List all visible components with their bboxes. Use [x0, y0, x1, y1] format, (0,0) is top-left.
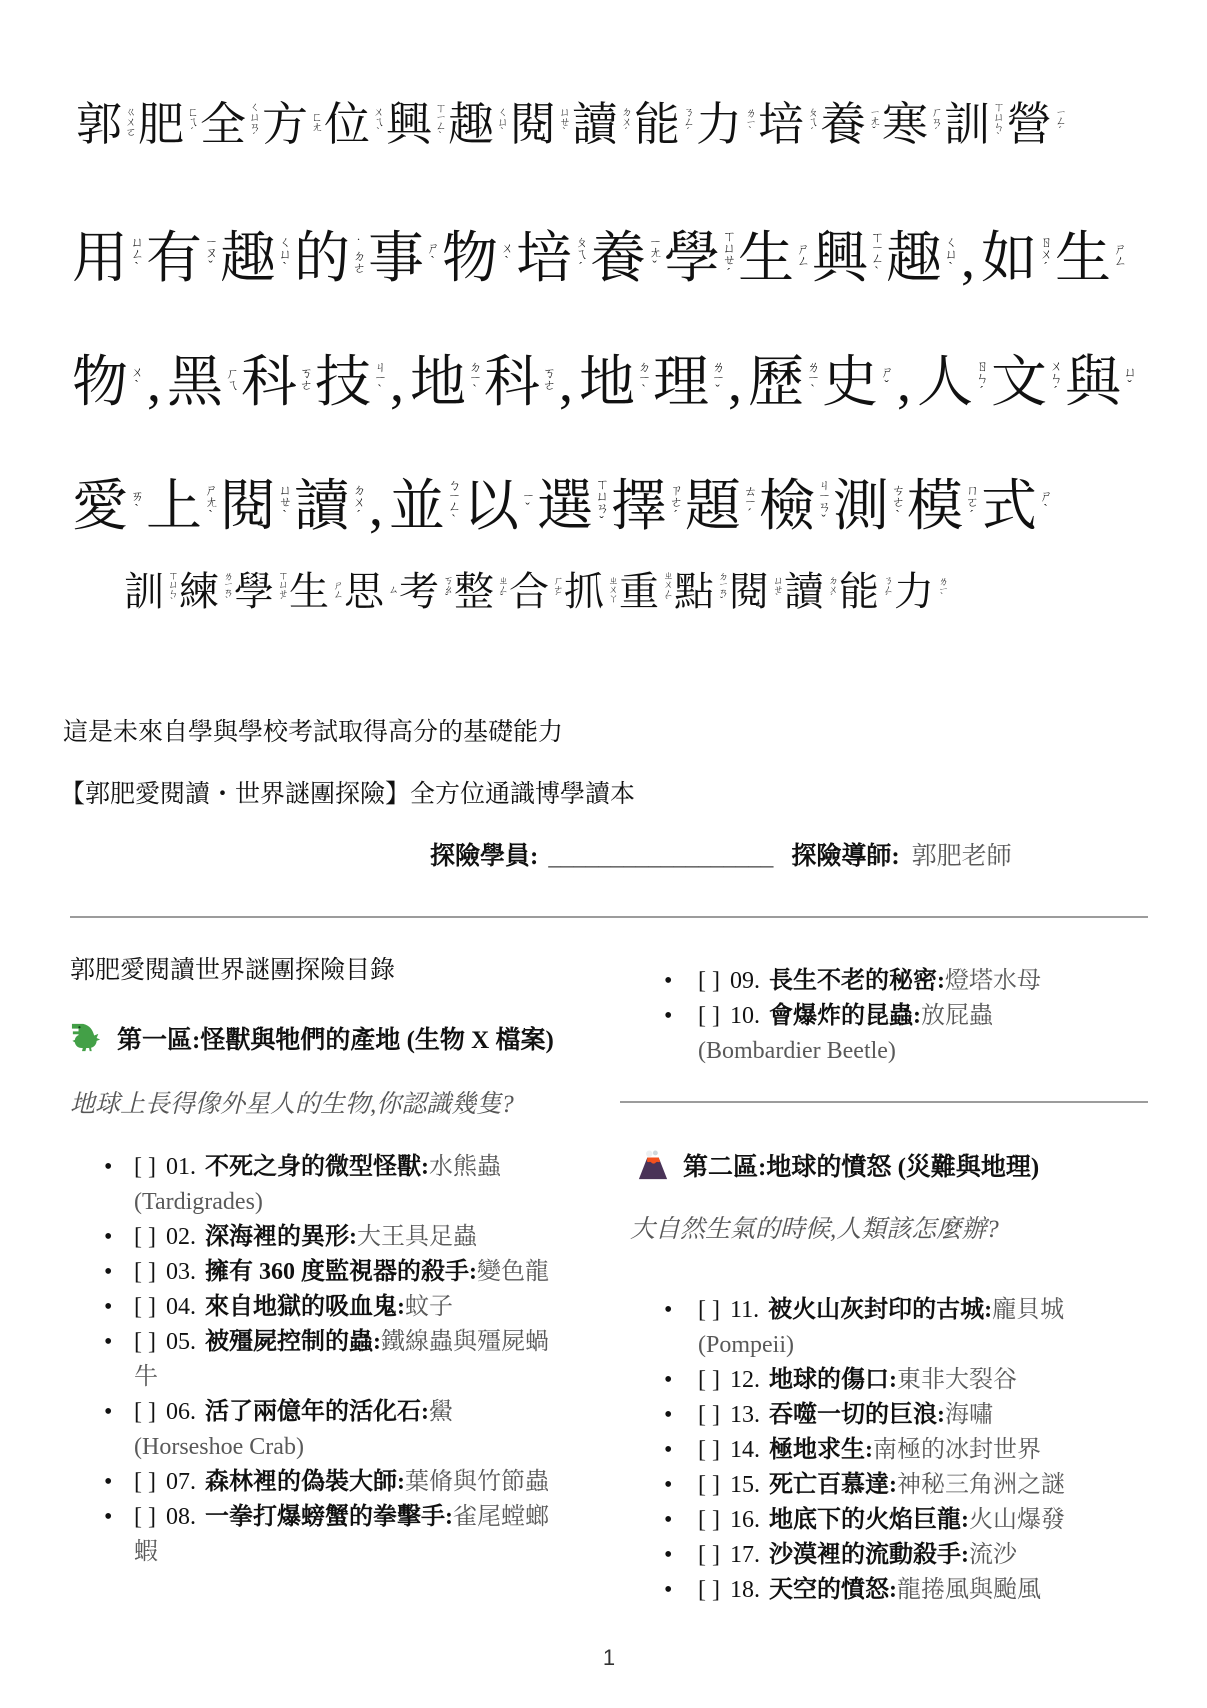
page-number: 1: [70, 1645, 1148, 1671]
zhuyin-annotation: ㄕˋ: [1039, 489, 1052, 515]
zhuyin-annotation: ㄒㄩㄣˋ: [992, 101, 1003, 142]
toc-item: [ ]09.長生不老的秘密:燈塔水母: [620, 964, 1148, 999]
item-number: 02.: [166, 1224, 196, 1250]
zhuyin-annotation: ㄏㄢˊ: [930, 106, 941, 137]
item-answer-english: (Pompeii): [698, 1328, 1148, 1363]
punctuation: ,: [559, 351, 573, 415]
ruby-char: 科ㄎㄜ: [484, 338, 555, 418]
item-number: 16.: [730, 1507, 760, 1533]
ruby-char: 生ㄕㄥ: [1055, 214, 1126, 294]
ruby-char: 生ㄕㄥ: [738, 214, 809, 294]
ruby-char: 考ㄎㄠˇ: [399, 560, 451, 617]
toc-item: [ ]03.擁有 360 度監視器的殺手:變色龍: [70, 1255, 572, 1290]
item-answer: 大王具足蟲: [357, 1224, 477, 1250]
checkbox-placeholder: [ ]: [698, 1297, 720, 1323]
ruby-char: 測ㄘㄜˋ: [833, 462, 904, 542]
zhuyin-annotation: ㄒㄩㄝˊ: [276, 570, 286, 607]
zhuyin-annotation: ㄌㄧˋ: [936, 576, 946, 602]
ruby-char: 式ㄕˋ: [981, 462, 1052, 542]
section2-divider: [620, 1101, 1148, 1103]
item-number: 14.: [730, 1437, 760, 1463]
ruby-char: 的˙ㄉㄜ: [294, 214, 365, 294]
ruby-char: 培ㄆㄟˊ: [758, 88, 817, 154]
ruby-char: 擇ㄗㄜˊ: [611, 462, 682, 542]
punctuation: ,: [147, 351, 161, 415]
zhuyin-annotation: ㄎㄠˇ: [441, 575, 451, 603]
checkbox-placeholder: [ ]: [698, 1507, 720, 1533]
checkbox-placeholder: [ ]: [698, 1367, 720, 1393]
zhuyin-annotation: ㄆㄟˊ: [806, 106, 817, 137]
item-answer: 流沙: [969, 1542, 1017, 1568]
item-title: 深海裡的異形:: [205, 1224, 357, 1250]
zhuyin-annotation: ㄊㄧˊ: [743, 484, 756, 519]
ruby-char: 合ㄏㄜˊ: [509, 560, 561, 617]
zhuyin-annotation: ㄧˇ: [521, 490, 534, 513]
basic-ability-line: 這是未來自學與學校考試取得高分的基礎能力: [63, 712, 563, 748]
item-number: 12.: [730, 1367, 760, 1393]
zhuyin-annotation: ㄕˋ: [426, 241, 439, 267]
item-number: 10.: [730, 1003, 760, 1029]
item-title: 活了兩億年的活化石:: [205, 1399, 429, 1425]
intro-line-3: 愛ㄞˋ上ㄕㄤˋ閱ㄩㄝˋ讀ㄉㄨˊ,並ㄅㄧㄥˋ以ㄧˇ選ㄒㄩㄢˇ擇ㄗㄜˊ題ㄊㄧˊ檢ㄐㄧ…: [72, 462, 1139, 542]
toc-list-items-09-10: [ ]09.長生不老的秘密:燈塔水母[ ]10.會爆炸的昆蟲:放屁蟲(Bomba…: [620, 964, 1148, 1069]
toc-item: [ ]12.地球的傷口:東非大裂谷: [620, 1363, 1148, 1398]
ruby-char: 方ㄈㄤ: [262, 88, 321, 154]
section2-heading: 第二區:地球的憤怒 (災難與地理): [620, 1147, 1148, 1183]
student-label: 探險學員:: [430, 836, 538, 872]
zhuyin-annotation: ㄧㄤˇ: [868, 107, 879, 136]
section-divider: [70, 916, 1148, 918]
item-answer: 燈塔水母: [945, 968, 1041, 994]
ruby-char: 趣ㄑㄩˋ: [448, 88, 507, 154]
item-answer: 放屁蟲: [921, 1003, 993, 1029]
ruby-char: 模ㄇㄛˊ: [907, 462, 978, 542]
zhuyin-annotation: ㄋㄥˊ: [881, 575, 891, 603]
toc-item: [ ]16.地底下的火焰巨龍:火山爆發: [620, 1503, 1148, 1538]
section1-heading-text: 第一區:怪獸與牠們的產地 (生物 X 檔案): [117, 1020, 554, 1056]
camp-title: 郭ㄍㄨㄛ肥ㄈㄟˊ全ㄑㄩㄢˊ方ㄈㄤ位ㄨㄟˋ興ㄒㄧㄥˋ趣ㄑㄩˋ閱ㄩㄝˋ讀ㄉㄨˊ能ㄋㄥ…: [76, 88, 1068, 154]
checkbox-placeholder: [ ]: [134, 1154, 156, 1180]
zhuyin-annotation: ㄉㄧˋ: [468, 360, 481, 395]
zhuyin-annotation: ㄓㄨㄚ: [606, 575, 616, 602]
zhuyin-annotation: ㄧㄤˇ: [648, 236, 661, 271]
zhuyin-annotation: ㄐㄧㄢˇ: [817, 478, 830, 525]
zhuyin-annotation: ㄌㄧˋ: [806, 360, 819, 395]
item-title: 地球的傷口:: [769, 1367, 897, 1393]
zhuyin-annotation: ㄞˋ: [130, 489, 143, 515]
zhuyin-annotation: ㄓㄨㄥˋ: [661, 570, 671, 607]
ruby-char: 以ㄧˇ: [463, 462, 534, 542]
ruby-char: 訓ㄒㄩㄣˋ: [944, 88, 1003, 154]
zhuyin-annotation: ㄓㄥˇ: [496, 575, 506, 603]
checkbox-placeholder: [ ]: [698, 1402, 720, 1428]
ruby-char: 點ㄉㄧㄢˇ: [674, 560, 726, 617]
item-number: 15.: [730, 1472, 760, 1498]
item-answer-english: (Bombardier Beetle): [698, 1034, 1148, 1069]
toc-title: 郭肥愛閱讀世界謎團探險目錄: [70, 950, 572, 986]
item-answer: 龍捲風與颱風: [897, 1577, 1041, 1603]
item-title: 會爆炸的昆蟲:: [769, 1003, 921, 1029]
zhuyin-annotation: ㄈㄟˊ: [186, 106, 197, 137]
zhuyin-annotation: ㄉㄨˊ: [826, 575, 836, 603]
ruby-char: 養ㄧㄤˇ: [820, 88, 879, 154]
zhuyin-annotation: ㄖㄣˊ: [975, 359, 988, 397]
item-answer: 水熊蟲: [429, 1154, 501, 1180]
section2-tagline: 大自然生氣的時候,人類該怎麼辦?: [620, 1209, 1148, 1245]
ruby-char: 閱ㄩㄝˋ: [220, 462, 291, 542]
ruby-char: 題ㄊㄧˊ: [685, 462, 756, 542]
toc-right-column: [ ]09.長生不老的秘密:燈塔水母[ ]10.會爆炸的昆蟲:放屁蟲(Bomba…: [620, 942, 1148, 1608]
zhuyin-annotation: ㄧㄡˇ: [204, 236, 217, 271]
zhuyin-annotation: ㄑㄩㄢˊ: [248, 101, 259, 142]
toc-item: [ ]02.深海裡的異形:大王具足蟲: [70, 1220, 572, 1255]
zhuyin-annotation: ㄩㄥˋ: [130, 235, 143, 273]
zhuyin-annotation: ㄗㄜˊ: [669, 483, 682, 521]
toc-item: [ ]05.被殭屍控制的蟲:鐵線蟲與殭屍蝸牛: [70, 1325, 572, 1395]
ruby-char: 郭ㄍㄨㄛ: [76, 88, 135, 154]
reader-series-line: 【郭肥愛閱讀・世界謎團探險】全方位通識博學讀本: [60, 774, 635, 810]
zhuyin-annotation: ㄒㄩㄝˊ: [722, 229, 735, 279]
zhuyin-annotation: ㄕㄤˋ: [204, 483, 217, 521]
training-goal-line: 訓ㄒㄩㄣˋ練ㄌㄧㄢˋ學ㄒㄩㄝˊ生ㄕㄥ思ㄙ考ㄎㄠˇ整ㄓㄥˇ合ㄏㄜˊ抓ㄓㄨㄚ重ㄓㄨㄥ…: [124, 560, 949, 617]
document-page: 郭ㄍㄨㄛ肥ㄈㄟˊ全ㄑㄩㄢˊ方ㄈㄤ位ㄨㄟˋ興ㄒㄧㄥˋ趣ㄑㄩˋ閱ㄩㄝˋ讀ㄉㄨˊ能ㄋㄥ…: [0, 0, 1207, 1708]
zhuyin-annotation: ㄧㄥˊ: [1054, 107, 1065, 136]
toc-item: [ ]15.死亡百慕達:神秘三角洲之謎: [620, 1468, 1148, 1503]
ruby-char: 全ㄑㄩㄢˊ: [200, 88, 259, 154]
ruby-char: 興ㄒㄧㄥˋ: [386, 88, 445, 154]
zhuyin-annotation: ㄏㄟ: [225, 366, 238, 390]
item-number: 13.: [730, 1402, 760, 1428]
toc-item: [ ]14.極地求生:南極的冰封世界: [620, 1433, 1148, 1468]
item-answer: 葉脩與竹節蟲: [405, 1469, 549, 1495]
ruby-char: 力ㄌㄧˋ: [696, 88, 755, 154]
ruby-char: 培ㄆㄟˊ: [516, 214, 587, 294]
checkbox-placeholder: [ ]: [134, 1329, 156, 1355]
ruby-char: 文ㄨㄣˊ: [991, 338, 1062, 418]
zhuyin-annotation: ㄑㄩˋ: [278, 235, 291, 273]
toc-item: [ ]10.會爆炸的昆蟲:放屁蟲(Bombardier Beetle): [620, 999, 1148, 1069]
item-answer: 神秘三角洲之謎: [897, 1472, 1065, 1498]
checkbox-placeholder: [ ]: [698, 1577, 720, 1603]
student-name-blank: __________________: [548, 843, 773, 871]
item-number: 09.: [730, 968, 760, 994]
ruby-char: 與ㄩˇ: [1065, 338, 1136, 418]
ruby-char: 上ㄕㄤˋ: [146, 462, 217, 542]
toc-item: [ ]07.森林裡的偽裝大師:葉脩與竹節蟲: [70, 1465, 572, 1500]
item-answer-english: (Horseshoe Crab): [134, 1430, 572, 1465]
item-answer-english: (Tardigrades): [134, 1185, 572, 1220]
zhuyin-annotation: ㄩㄝˋ: [771, 575, 781, 603]
ruby-char: 訓ㄒㄩㄣˋ: [124, 560, 176, 617]
zhuyin-annotation: ㄕㄥ: [796, 242, 809, 266]
item-number: 05.: [166, 1329, 196, 1355]
ruby-char: 歷ㄌㄧˋ: [748, 338, 819, 418]
zhuyin-annotation: ㄉㄨˊ: [620, 106, 631, 137]
punctuation: ,: [369, 475, 383, 539]
item-title: 死亡百慕達:: [769, 1472, 897, 1498]
ruby-char: 讀ㄉㄨˊ: [784, 560, 836, 617]
ruby-char: 選ㄒㄩㄢˇ: [537, 462, 608, 542]
zhuyin-annotation: ㄨㄣˊ: [1049, 359, 1062, 397]
zhuyin-annotation: ㄈㄤ: [310, 111, 321, 131]
ruby-char: 趣ㄑㄩˋ: [220, 214, 291, 294]
ruby-char: 愛ㄞˋ: [72, 462, 143, 542]
item-answer: 蚊子: [405, 1294, 453, 1320]
zhuyin-annotation: ㄑㄩˋ: [496, 106, 507, 137]
item-number: 03.: [166, 1259, 196, 1285]
zhuyin-annotation: ㄘㄜˋ: [891, 483, 904, 521]
punctuation: ,: [728, 351, 742, 415]
ruby-char: 生ㄕㄥ: [289, 560, 341, 617]
zhuyin-annotation: ㄉㄨˊ: [352, 483, 365, 521]
checkbox-placeholder: [ ]: [134, 1469, 156, 1495]
zhuyin-annotation: ㄑㄩˋ: [944, 235, 957, 273]
ruby-char: 用ㄩㄥˋ: [72, 214, 143, 294]
ruby-char: 能ㄋㄥˊ: [839, 560, 891, 617]
zhuyin-annotation: ㄆㄟˊ: [574, 235, 587, 273]
ruby-char: 學ㄒㄩㄝˊ: [234, 560, 286, 617]
checkbox-placeholder: [ ]: [698, 1472, 720, 1498]
ruby-char: 事ㄕˋ: [368, 214, 439, 294]
item-number: 04.: [166, 1294, 196, 1320]
zhuyin-annotation: ㄌㄧˋ: [744, 107, 755, 136]
item-title: 森林裡的偽裝大師:: [205, 1469, 405, 1495]
zhuyin-annotation: ㄇㄛˊ: [965, 483, 978, 521]
item-number: 17.: [730, 1542, 760, 1568]
ruby-char: 黑ㄏㄟ: [167, 338, 238, 418]
zhuyin-annotation: ㄩˇ: [1123, 365, 1136, 391]
ruby-char: 讀ㄉㄨˊ: [294, 462, 365, 542]
zhuyin-annotation: ㄏㄜˊ: [551, 575, 561, 603]
checkbox-placeholder: [ ]: [698, 968, 720, 994]
ruby-char: 寒ㄏㄢˊ: [882, 88, 941, 154]
zhuyin-annotation: ㄨˋ: [130, 365, 143, 391]
ruby-char: 養ㄧㄤˇ: [590, 214, 661, 294]
section1-heading: 第一區:怪獸與牠們的產地 (生物 X 檔案): [70, 1020, 572, 1056]
ruby-char: 學ㄒㄩㄝˊ: [664, 214, 735, 294]
zhuyin-annotation: ㄎㄜ: [299, 366, 312, 390]
zhuyin-annotation: ㄩㄝˋ: [278, 483, 291, 521]
ruby-char: 趣ㄑㄩˋ: [886, 214, 957, 294]
ruby-char: 肥ㄈㄟˊ: [138, 88, 197, 154]
toc-columns: 郭肥愛閱讀世界謎團探險目錄 第一區:怪獸與牠們的產地 (生物 X 檔案) 地球上…: [70, 942, 1148, 1608]
ruby-char: 抓ㄓㄨㄚ: [564, 560, 616, 617]
ruby-char: 位ㄨㄟˋ: [324, 88, 383, 154]
teacher-label: 探險導師:: [791, 836, 899, 872]
section2-heading-text: 第二區:地球的憤怒 (災難與地理): [683, 1147, 1039, 1183]
toc-list-items-01-08: [ ]01.不死之身的微型怪獸:水熊蟲(Tardigrades)[ ]02.深海…: [70, 1150, 572, 1570]
checkbox-placeholder: [ ]: [698, 1542, 720, 1568]
checkbox-placeholder: [ ]: [698, 1437, 720, 1463]
zhuyin-annotation: ㄨㄟˋ: [372, 106, 383, 137]
item-answer: 火山爆發: [969, 1507, 1065, 1533]
zhuyin-annotation: ㄅㄧㄥˋ: [447, 478, 460, 525]
ruby-char: 有ㄧㄡˇ: [146, 214, 217, 294]
checkbox-placeholder: [ ]: [698, 1003, 720, 1029]
toc-list-items-11-18: [ ]11.被火山灰封印的古城:龐貝城(Pompeii)[ ]12.地球的傷口:…: [620, 1293, 1148, 1608]
item-title: 沙漠裡的流動殺手:: [769, 1542, 969, 1568]
ruby-char: 物ㄨˋ: [72, 338, 143, 418]
zhuyin-annotation: ㄙ: [386, 584, 396, 593]
checkbox-placeholder: [ ]: [134, 1504, 156, 1530]
toc-item: [ ]08.一拳打爆螃蟹的拳擊手:雀尾螳螂蝦: [70, 1500, 572, 1570]
ruby-char: 能ㄋㄥˊ: [634, 88, 693, 154]
zhuyin-annotation: ㄋㄥˊ: [682, 106, 693, 137]
zhuyin-annotation: ㄍㄨㄛ: [124, 106, 135, 136]
zhuyin-annotation: ㄒㄩㄢˇ: [595, 477, 608, 527]
item-number: 06.: [166, 1399, 196, 1425]
item-title: 地底下的火焰巨龍:: [769, 1507, 969, 1533]
toc-left-column: 郭肥愛閱讀世界謎團探險目錄 第一區:怪獸與牠們的產地 (生物 X 檔案) 地球上…: [70, 942, 572, 1570]
ruby-char: 興ㄒㄧㄥˋ: [812, 214, 883, 294]
ruby-char: 營ㄧㄥˊ: [1006, 88, 1065, 154]
toc-item: [ ]17.沙漠裡的流動殺手:流沙: [620, 1538, 1148, 1573]
zhuyin-annotation: ㄕㄥ: [331, 580, 341, 598]
toc-item: [ ]06.活了兩億年的活化石:鱟(Horseshoe Crab): [70, 1395, 572, 1465]
item-number: 07.: [166, 1469, 196, 1495]
item-number: 01.: [166, 1154, 196, 1180]
ruby-char: 物ㄨˋ: [442, 214, 513, 294]
item-answer: 鱟: [429, 1399, 453, 1425]
zhuyin-annotation: ㄕˇ: [880, 365, 893, 391]
teacher-name: 郭肥老師: [912, 836, 1012, 872]
zhuyin-annotation: ㄌㄧㄢˋ: [221, 571, 231, 606]
item-answer: 變色龍: [477, 1259, 549, 1285]
checkbox-placeholder: [ ]: [134, 1224, 156, 1250]
punctuation: ,: [390, 351, 404, 415]
toc-item: [ ]11.被火山灰封印的古城:龐貝城(Pompeii): [620, 1293, 1148, 1363]
toc-item: [ ]13.吞噬一切的巨浪:海嘯: [620, 1398, 1148, 1433]
ruby-char: 史ㄕˇ: [822, 338, 893, 418]
ruby-char: 閱ㄩㄝˋ: [729, 560, 781, 617]
toc-item: [ ]18.天空的憤怒:龍捲風與颱風: [620, 1573, 1148, 1608]
item-title: 極地求生:: [769, 1437, 873, 1463]
ruby-char: 思ㄙ: [344, 560, 396, 617]
intro-paragraph: 用ㄩㄥˋ有ㄧㄡˇ趣ㄑㄩˋ的˙ㄉㄜ事ㄕˋ物ㄨˋ培ㄆㄟˊ養ㄧㄤˇ學ㄒㄩㄝˊ生ㄕㄥ興ㄒ…: [72, 214, 1139, 586]
zhuyin-annotation: ㄨˋ: [500, 241, 513, 267]
ruby-char: 練ㄌㄧㄢˋ: [179, 560, 231, 617]
item-title: 被火山灰封印的古城:: [768, 1297, 992, 1323]
checkbox-placeholder: [ ]: [134, 1294, 156, 1320]
intro-line-2: 物ㄨˋ,黑ㄏㄟ科ㄎㄜ技ㄐㄧˋ,地ㄉㄧˋ科ㄎㄜ,地ㄉㄧˋ理ㄌㄧˇ,歷ㄌㄧˋ史ㄕˇ,…: [72, 338, 1139, 418]
item-title: 擁有 360 度監視器的殺手:: [205, 1259, 477, 1285]
item-title: 來自地獄的吸血鬼:: [205, 1294, 405, 1320]
ruby-char: 地ㄉㄧˋ: [579, 338, 650, 418]
item-title: 不死之身的微型怪獸:: [205, 1154, 429, 1180]
zhuyin-annotation: ˙ㄉㄜ: [352, 235, 365, 273]
student-teacher-row: 探險學員: __________________ 探險導師: 郭肥老師: [430, 836, 1012, 872]
toc-item: [ ]01.不死之身的微型怪獸:水熊蟲(Tardigrades): [70, 1150, 572, 1220]
punctuation: ,: [897, 351, 911, 415]
zhuyin-annotation: ㄉㄧˋ: [637, 360, 650, 395]
zhuyin-annotation: ㄎㄜ: [542, 366, 555, 390]
ruby-char: 檢ㄐㄧㄢˇ: [759, 462, 830, 542]
item-title: 吞噬一切的巨浪:: [769, 1402, 945, 1428]
ruby-char: 科ㄎㄜ: [241, 338, 312, 418]
zhuyin-annotation: ㄉㄧㄢˇ: [716, 571, 726, 606]
ruby-char: 整ㄓㄥˇ: [454, 560, 506, 617]
ruby-char: 理ㄌㄧˇ: [653, 338, 724, 418]
checkbox-placeholder: [ ]: [134, 1259, 156, 1285]
zhuyin-annotation: ㄩㄝˋ: [558, 106, 569, 137]
intro-line-1: 用ㄩㄥˋ有ㄧㄡˇ趣ㄑㄩˋ的˙ㄉㄜ事ㄕˋ物ㄨˋ培ㄆㄟˊ養ㄧㄤˇ學ㄒㄩㄝˊ生ㄕㄥ興ㄒ…: [72, 214, 1139, 294]
item-answer: 東非大裂谷: [897, 1367, 1017, 1393]
ruby-char: 閱ㄩㄝˋ: [510, 88, 569, 154]
ruby-char: 讀ㄉㄨˊ: [572, 88, 631, 154]
volcano-icon: [636, 1149, 670, 1181]
ruby-char: 重ㄓㄨㄥˋ: [619, 560, 671, 617]
ruby-char: 並ㄅㄧㄥˋ: [389, 462, 460, 542]
zhuyin-annotation: ㄐㄧˋ: [373, 360, 386, 395]
zhuyin-annotation: ㄒㄧㄥˋ: [434, 102, 445, 141]
ruby-char: 技ㄐㄧˋ: [315, 338, 386, 418]
item-answer: 海嘯: [945, 1402, 993, 1428]
zhuyin-annotation: ㄌㄧˇ: [711, 360, 724, 395]
toc-item: [ ]04.來自地獄的吸血鬼:蚊子: [70, 1290, 572, 1325]
ruby-char: 如ㄖㄨˊ: [981, 214, 1052, 294]
item-title: 天空的憤怒:: [769, 1577, 897, 1603]
item-number: 08.: [166, 1504, 196, 1530]
zhuyin-annotation: ㄒㄩㄣˋ: [166, 570, 176, 607]
zhuyin-annotation: ㄖㄨˊ: [1039, 235, 1052, 273]
item-answer: 南極的冰封世界: [873, 1437, 1041, 1463]
item-title: 一拳打爆螃蟹的拳擊手:: [205, 1504, 453, 1530]
punctuation: ,: [961, 227, 975, 291]
item-answer: 龐貝城: [992, 1297, 1064, 1323]
section1-tagline: 地球上長得像外星人的生物,你認識幾隻?: [70, 1084, 572, 1120]
dino-icon: [70, 1022, 104, 1054]
zhuyin-annotation: ㄕㄥ: [1113, 242, 1126, 266]
item-number: 11.: [730, 1297, 759, 1323]
item-number: 18.: [730, 1577, 760, 1603]
item-title: 長生不老的秘密:: [769, 968, 945, 994]
checkbox-placeholder: [ ]: [134, 1399, 156, 1425]
ruby-char: 力ㄌㄧˋ: [894, 560, 946, 617]
item-title: 被殭屍控制的蟲:: [205, 1329, 381, 1355]
zhuyin-annotation: ㄒㄧㄥˋ: [870, 230, 883, 277]
ruby-char: 地ㄉㄧˋ: [410, 338, 481, 418]
ruby-char: 人ㄖㄣˊ: [917, 338, 988, 418]
